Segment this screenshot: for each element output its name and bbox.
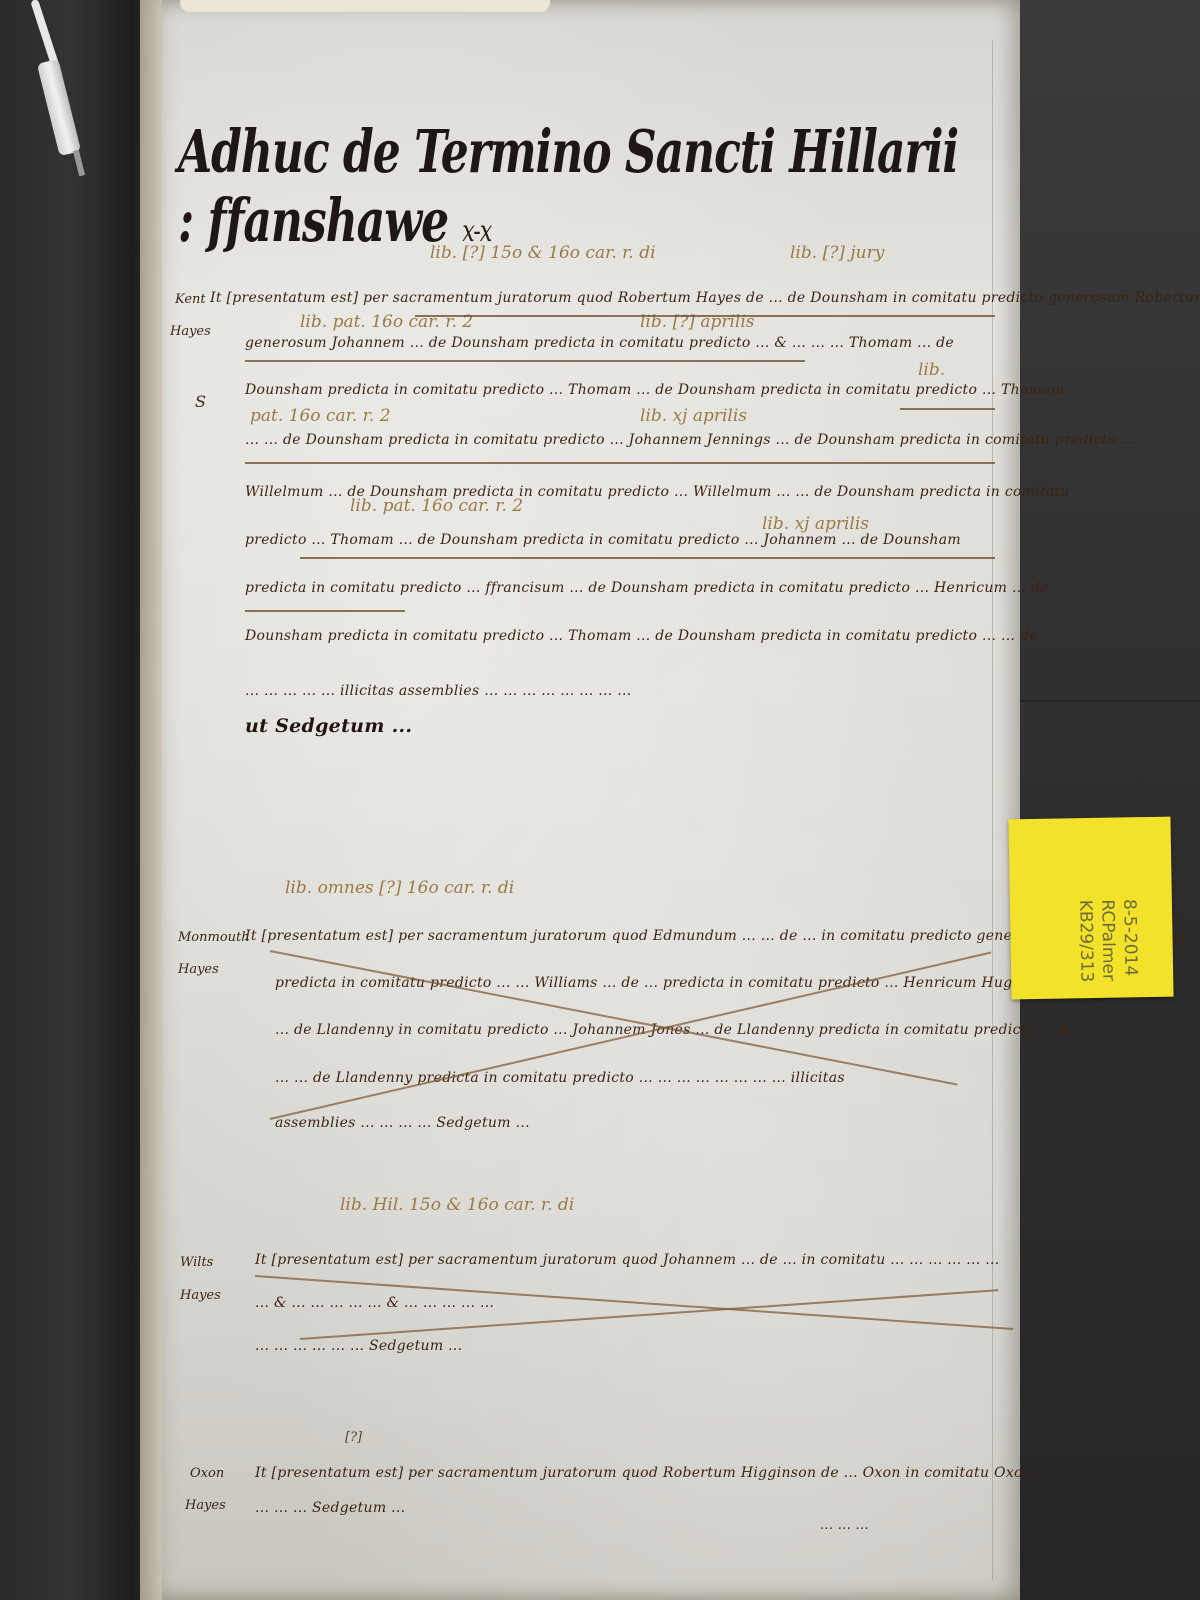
text-line: ... ... de Dounsham predicta in comitatu… [245,432,1135,448]
text-line: predicta in comitatu predicto ... ... Wi… [275,975,1038,991]
interlinear-note: lib. xj aprilis [762,514,869,534]
text-line: It [presentatum est] per sacramentum jur… [255,1252,1000,1268]
entry-1-margin-mark: S [195,392,206,411]
interlinear-note: pat. 16o car. r. 2 [250,406,391,426]
margin-ruling [992,40,993,1580]
entry-4-margin-county: Oxon [190,1466,224,1481]
white-cable [30,0,59,68]
document-heading: Adhuc de Termino Sancti Hillarii : ffans… [178,118,978,256]
entry-1-margin-name: Hayes [170,324,211,339]
background-fold [1020,700,1200,702]
background-right [1020,0,1200,1600]
interlinear-note: lib. xj aprilis [640,406,747,426]
interlinear-note: lib. [?] 15o & 16o car. r. di [430,243,656,263]
text-line: predicta in comitatu predicto ... ffranc… [245,580,1049,596]
parchment-top-tab [180,0,550,12]
entry-3-margin-county: Wilts [180,1255,213,1270]
entry-2-margin-county: Monmouth [178,930,250,945]
text-line: ... ... ... ... ... illicitas assemblies… [245,683,632,699]
text-line: assemblies ... ... ... ... Sedgetum ... [275,1115,530,1131]
interlinear-note: lib. omnes [?] 16o car. r. di [285,878,514,898]
text-line: ... ... ... ... ... ... Sedgetum ... [255,1338,462,1354]
entry-2-margin-name: Hayes [178,962,219,977]
archive-sticky-note: 8-5-2014 RCPalmer KB29/313 [1008,817,1173,1000]
heading-text: Adhuc de Termino Sancti Hillarii : ffans… [178,118,958,256]
text-line: ... ... ... Sedgetum ... [255,1500,405,1516]
underline-stroke [245,360,805,362]
underline-stroke [900,408,995,410]
underline-stroke [245,610,405,612]
text-line-closing: ut Sedgetum ... [245,715,412,737]
text-line: ... & ... ... ... ... ... & ... ... ... … [255,1295,494,1311]
interlinear-note: lib. [918,360,945,380]
parchment-edge [140,0,162,1600]
sticky-note-text: 8-5-2014 RCPalmer KB29/313 [1074,899,1141,983]
entry-3-margin-name: Hayes [180,1288,221,1303]
cable-plug [37,59,81,157]
right-margin-note: ... ... ... [820,1518,869,1533]
text-line: It [presentatum est] per sacramentum jur… [210,290,1200,306]
interlinear-note: [?] [345,1430,362,1445]
text-line: Dounsham predicta in comitatu predicto .… [245,628,1038,644]
underline-stroke [415,315,995,317]
entry-1-margin-county: Kent [175,292,206,307]
text-line: Willelmum ... de Dounsham predicta in co… [245,484,1070,500]
sticky-note-name: RCPalmer [1096,899,1119,982]
sticky-note-date: 8-5-2014 [1118,899,1141,982]
text-line: predicto ... Thomam ... de Dounsham pred… [245,532,961,548]
cable-plug-pin [73,150,85,177]
text-line: Dounsham predicta in comitatu predicto .… [245,382,1064,398]
underline-stroke [300,557,995,559]
sticky-note-reference: KB29/313 [1074,900,1097,983]
interlinear-note: lib. [?] jury [790,243,884,263]
interlinear-note: lib. Hil. 15o & 16o car. r. di [340,1195,574,1215]
text-line: generosum Johannem ... de Dounsham predi… [245,335,954,351]
entry-4-margin-name: Hayes [185,1498,226,1513]
underline-stroke [245,462,995,464]
text-line: ... ... de Llandenny predicta in comitat… [275,1070,845,1086]
text-line: It [presentatum est] per sacramentum jur… [255,1465,1127,1481]
